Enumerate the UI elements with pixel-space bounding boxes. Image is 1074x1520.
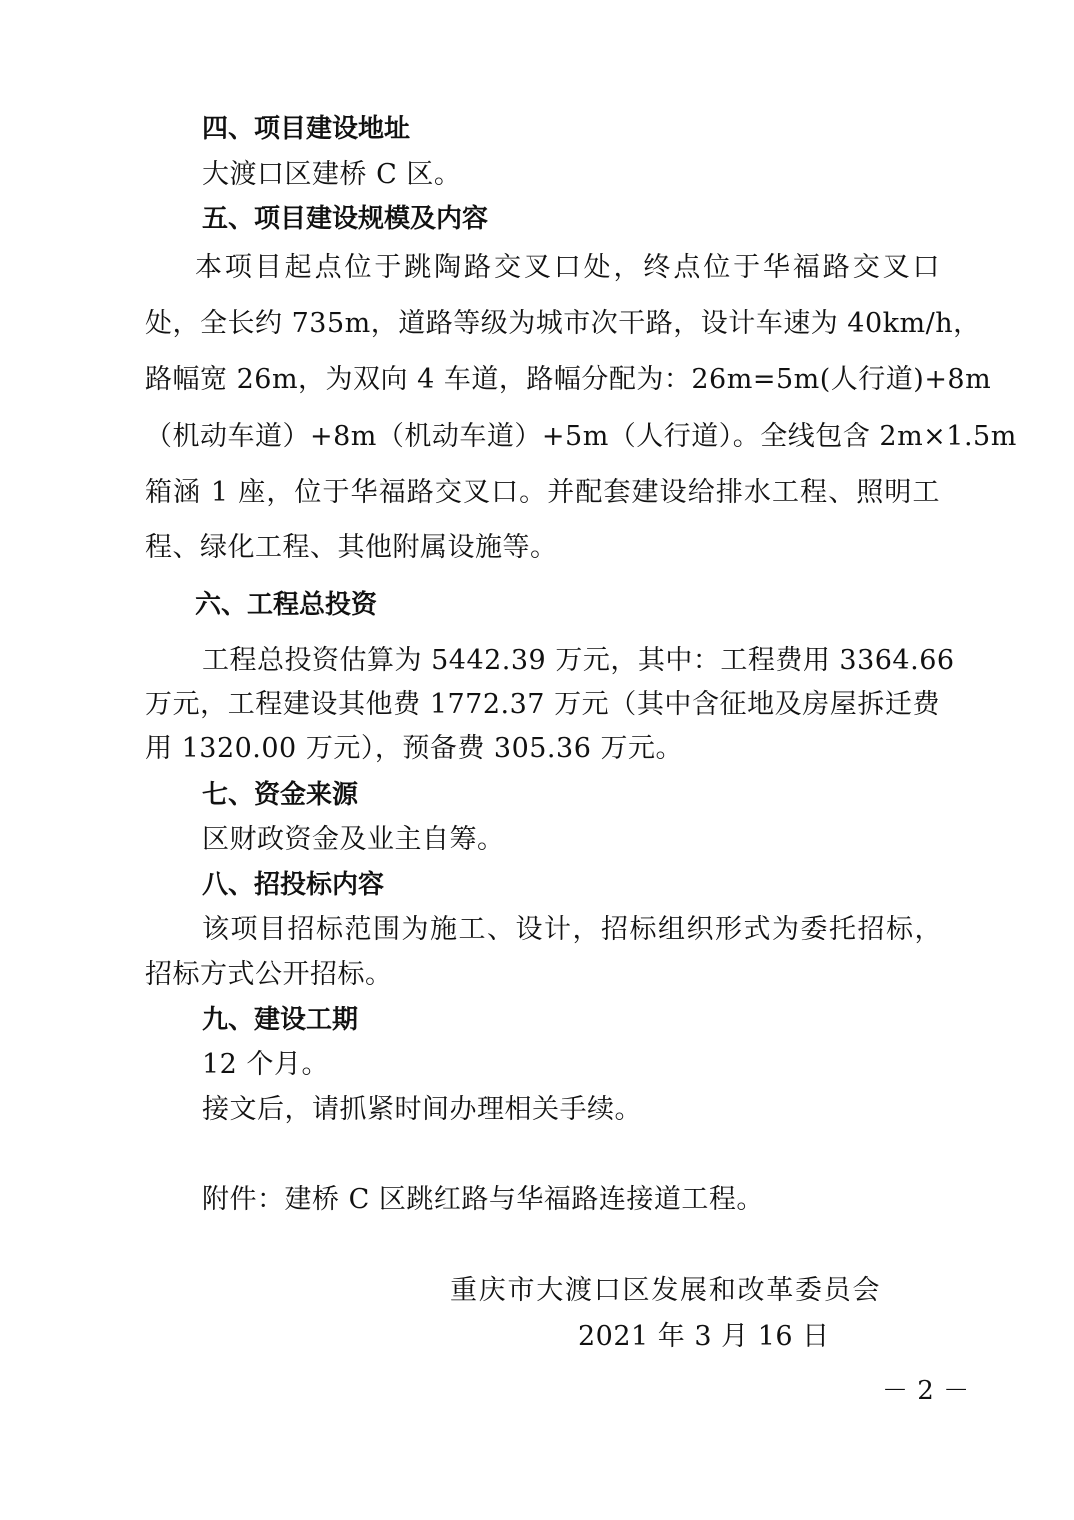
section-5-line-2: 处，全长约 735m，道路等级为城市次干路，设计车速为 40km/h， [145,307,940,341]
section-8-line-1: 该项目招标范围为施工、设计，招标组织形式为委托招标， [202,913,942,947]
section-6-line-1: 工程总投资估算为 5442.39 万元，其中：工程费用 3364.66 [202,644,942,678]
section-6-line-3: 用 1320.00 万元），预备费 305.36 万元。 [145,732,940,766]
section-8-line-2: 招标方式公开招标。 [145,958,940,992]
closing-instruction: 接文后，请抓紧时间办理相关手续。 [202,1093,942,1127]
section-heading-4: 四、项目建设地址 [202,112,942,146]
section-4-text: 大渡口区建桥 C 区。 [202,158,942,192]
section-5-line-1: 本项目起点位于跳陶路交叉口处，终点位于华福路交叉口 [195,251,940,285]
section-9-text: 12 个月。 [202,1048,942,1082]
section-heading-7: 七、资金来源 [202,778,942,812]
section-5-line-4: （机动车道）+8m（机动车道）+5m（人行道）。全线包含 2m×1.5m [145,420,940,454]
section-5-line-6: 程、绿化工程、其他附属设施等。 [145,531,940,565]
attachment-note: 附件：建桥 C 区跳红路与华福路连接道工程。 [202,1183,942,1217]
section-heading-8: 八、招投标内容 [202,868,942,902]
section-7-text: 区财政资金及业主自筹。 [202,823,942,857]
page-number: － 2 － [882,1374,952,1408]
section-5-line-3: 路幅宽 26m，为双向 4 车道，路幅分配为：26m=5m(人行道)+8m [145,363,940,397]
issuing-authority: 重庆市大渡口区发展和改革委员会 [450,1274,880,1308]
issue-date: 2021 年 3 月 16 日 [578,1320,798,1354]
section-5-line-5: 箱涵 1 座，位于华福路交叉口。并配套建设给排水工程、照明工 [145,476,940,510]
section-heading-5: 五、项目建设规模及内容 [202,202,942,236]
section-heading-6: 六、工程总投资 [195,588,935,622]
section-heading-9: 九、建设工期 [202,1003,942,1037]
section-6-line-2: 万元，工程建设其他费 1772.37 万元（其中含征地及房屋拆迁费 [145,688,940,722]
